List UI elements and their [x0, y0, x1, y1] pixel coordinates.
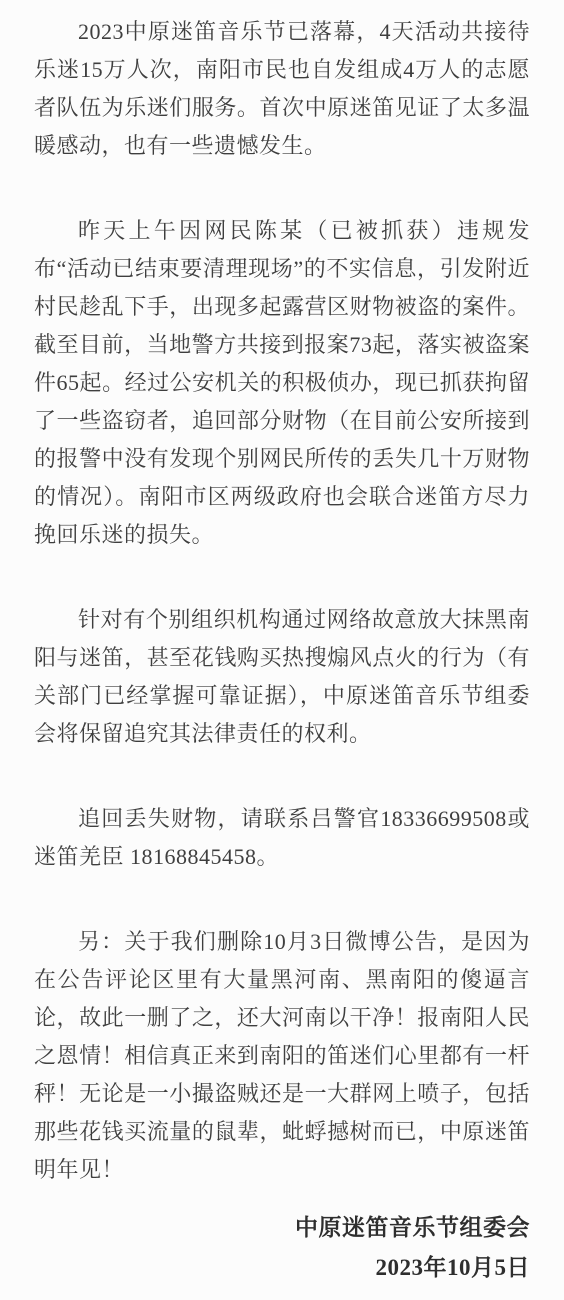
paragraph-weibo-deletion-note: 另：关于我们删除10月3日微博公告，是因为在公告评论区里有大量黑河南、黑南阳的傻… [34, 923, 530, 1189]
announcement-document: 2023中原迷笛音乐节已落幕，4天活动共接待乐迷15万人次，南阳市民也自发组成4… [0, 0, 564, 1300]
paragraph-legal-warning: 针对有个别组织机构通过网络故意放大抹黑南阳与迷笛，甚至花钱购买热搜煽风点火的行为… [34, 601, 530, 753]
paragraph-summary: 2023中原迷笛音乐节已落幕，4天活动共接待乐迷15万人次，南阳市民也自发组成4… [34, 13, 530, 165]
signature-committee: 中原迷笛音乐节组委会 [295, 1208, 530, 1248]
paragraph-contact-info: 追回丢失财物，请联系吕警官18336699508或迷笛羌臣 1816884545… [34, 800, 530, 876]
signature-date: 2023年10月5日 [295, 1248, 530, 1288]
signature-block: 中原迷笛音乐节组委会 2023年10月5日 [295, 1208, 530, 1288]
paragraph-theft-incident: 昨天上午因网民陈某（已被抓获）违规发布“活动已结束要清理现场”的不实信息，引发附… [34, 212, 530, 554]
